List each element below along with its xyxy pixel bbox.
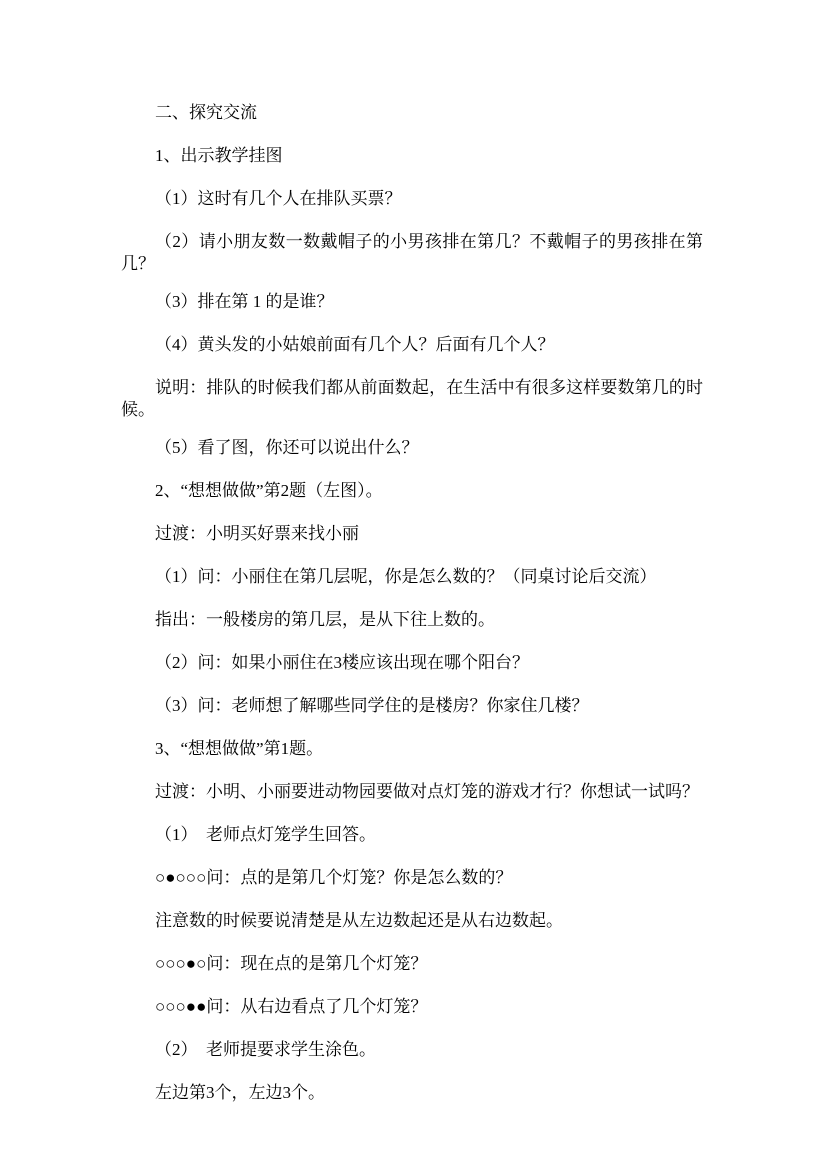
activity2-question-2: （2）问：如果小丽住在3楼应该出现在哪个阳台？ [121,652,703,674]
section-heading: 二、探究交流 [121,102,703,124]
activity3-heading: 3、“想想做做”第1题。 [121,738,703,760]
activity2-transition: 过渡：小明买好票来找小丽 [121,523,703,545]
activity1-question-4: （4）黄头发的小姑娘前面有几个人？后面有几个人？ [121,334,703,356]
activity3-step-2: （2） 老师提要求学生涂色。 [121,1039,703,1061]
activity3-step-1: （1） 老师点灯笼学生回答。 [121,824,703,846]
activity2-question-3: （3）问：老师想了解哪些同学住的是楼房？你家住几楼？ [121,695,703,717]
activity1-question-5: （5）看了图，你还可以说出什么？ [121,437,703,459]
activity1-question-3: （3）排在第 1 的是谁？ [121,291,703,313]
activity3-lantern-question-3: ○○○●●问：从右边看点了几个灯笼？ [121,996,703,1018]
activity3-transition: 过渡：小明、小丽要进动物园要做对点灯笼的游戏才行？你想试一试吗？ [121,781,703,803]
document-page: 二、探究交流 1、出示教学挂图 （1）这时有几个人在排队买票？ （2）请小朋友数… [121,102,703,1125]
activity1-note: 说明：排队的时候我们都从前面数起，在生活中有很多这样要数第几的时候。 [121,377,703,421]
activity1-question-2: （2）请小朋友数一数戴帽子的小男孩排在第几？不戴帽子的男孩排在第几？ [121,231,703,275]
activity1-heading: 1、出示教学挂图 [121,145,703,167]
activity3-lantern-question-2: ○○○●○问：现在点的是第几个灯笼？ [121,953,703,975]
activity3-coloring-instruction: 左边第3个，左边3个。 [121,1082,703,1104]
activity2-question-1: （1）问：小丽住在第几层呢，你是怎么数的？（同桌讨论后交流） [121,566,703,588]
activity3-lantern-question-1: ○●○○○问：点的是第几个灯笼？你是怎么数的？ [121,867,703,889]
activity1-question-1: （1）这时有几个人在排队买票？ [121,188,703,210]
activity3-note: 注意数的时候要说清楚是从左边数起还是从右边数起。 [121,910,703,932]
activity2-heading: 2、“想想做做”第2题（左图）。 [121,480,703,502]
activity2-note: 指出：一般楼房的第几层，是从下往上数的。 [121,609,703,631]
